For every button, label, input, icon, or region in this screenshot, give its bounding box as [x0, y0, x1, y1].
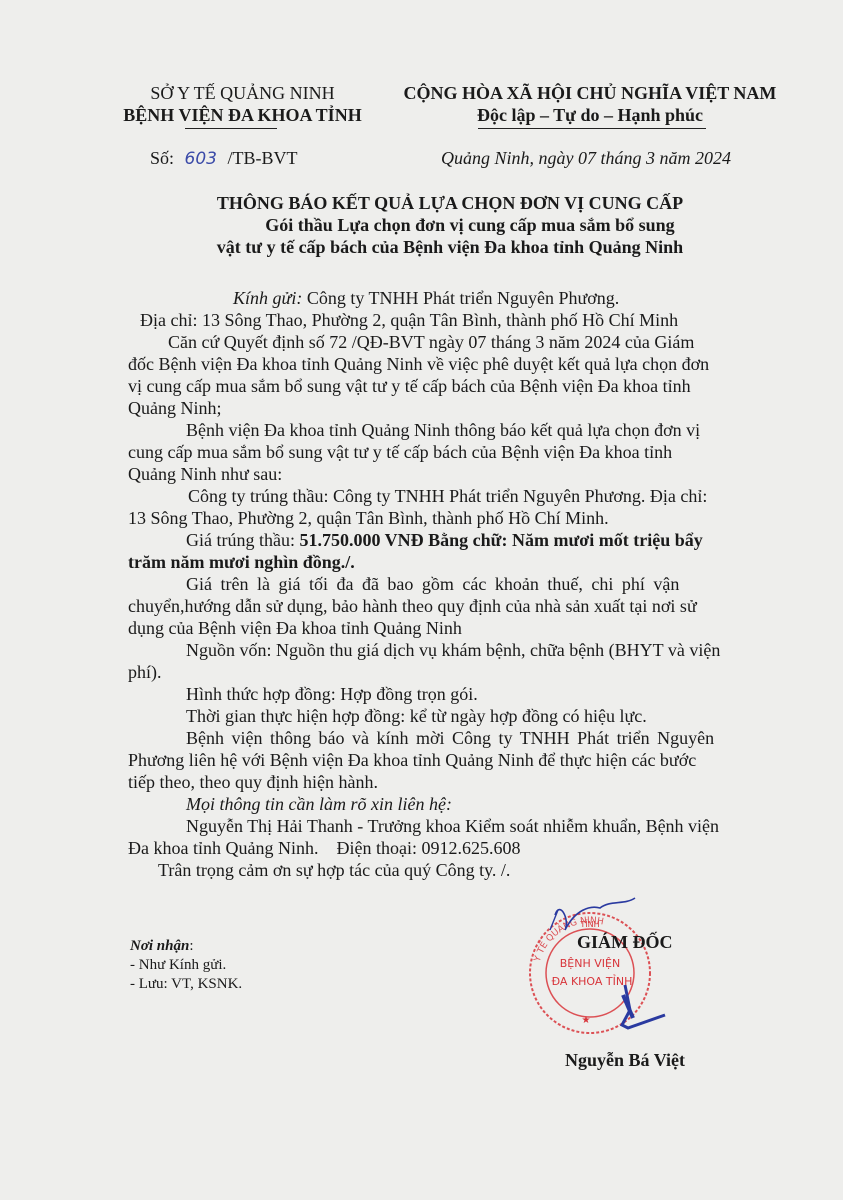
invite-line: tiếp theo, theo quy định hiện hành.: [128, 771, 772, 793]
funding-source: Nguồn vốn: Nguồn thu giá dịch vụ khám bệ…: [128, 639, 772, 683]
price-note-line: chuyển,hướng dẫn sử dụng, bảo hành theo …: [128, 595, 772, 617]
invite-line: Bệnh viện thông báo và kính mời Công ty …: [128, 727, 772, 749]
winning-price: Giá trúng thầu: 51.750.000 VNĐ Bằng chữ:…: [128, 529, 772, 573]
winner-line: 13 Sông Thao, Phường 2, quận Tân Bình, t…: [128, 507, 772, 529]
price-value: 51.750.000 VNĐ Bằng chữ: Năm mươi mốt tr…: [299, 530, 702, 550]
price-note-line: dụng của Bệnh viện Đa khoa tỉnh Quảng Ni…: [128, 617, 772, 639]
basis-line: Căn cứ Quyết định số 72 /QĐ-BVT ngày 07 …: [128, 331, 772, 353]
document-title: THÔNG BÁO KẾT QUẢ LỰA CHỌN ĐƠN VỊ CUNG C…: [130, 192, 770, 258]
addressee: Kính gửi: Công ty TNHH Phát triển Nguyên…: [128, 287, 772, 309]
issuer-underline: [185, 128, 277, 129]
winner-info: Công ty trúng thầu: Công ty TNHH Phát tr…: [128, 485, 772, 529]
announce-line: cung cấp mua sắm bổ sung vật tư y tế cấp…: [128, 441, 772, 463]
contract-form: Hình thức hợp đồng: Hợp đồng trọn gói.: [128, 683, 772, 705]
document-number: Số: 603 /TB-BVT: [150, 148, 297, 169]
title-line-1: THÔNG BÁO KẾT QUẢ LỰA CHỌN ĐƠN VỊ CUNG C…: [130, 192, 770, 214]
contract-time: Thời gian thực hiện hợp đồng: kể từ ngày…: [128, 705, 772, 727]
contact-info: Nguyễn Thị Hải Thanh - Trưởng khoa Kiểm …: [128, 815, 772, 859]
document-body: Kính gửi: Công ty TNHH Phát triển Nguyên…: [128, 287, 772, 881]
invitation: Bệnh viện thông báo và kính mời Công ty …: [128, 727, 772, 793]
address: Địa chỉ: 13 Sông Thao, Phường 2, quận Tâ…: [128, 309, 772, 331]
place-date: Quảng Ninh, ngày 07 tháng 3 năm 2024: [441, 148, 731, 169]
announcement: Bệnh viện Đa khoa tỉnh Quảng Ninh thông …: [128, 419, 772, 485]
title-line-3: vật tư y tế cấp bách của Bệnh viện Đa kh…: [130, 236, 770, 258]
addressee-label: Kính gửi:: [233, 288, 302, 308]
recipients-block: Nơi nhận: - Như Kính gửi. - Lưu: VT, KSN…: [130, 937, 242, 994]
funding-line: phí).: [128, 661, 772, 683]
country-name: CỘNG HÒA XÃ HỘI CHỦ NGHĨA VIỆT NAM: [375, 82, 805, 104]
organization-name: BỆNH VIỆN ĐA KHOA TỈNH: [110, 104, 375, 126]
number-label: Số:: [150, 148, 174, 168]
contact-line: Đa khoa tỉnh Quảng Ninh. Điện thoại: 091…: [128, 837, 772, 859]
price-label: Giá trúng thầu:: [186, 530, 299, 550]
invite-line: Phương liên hệ với Bệnh viện Đa khoa tỉn…: [128, 749, 772, 771]
recipient-item: - Như Kính gửi.: [130, 956, 242, 975]
number-suffix: /TB-BVT: [227, 148, 297, 168]
winner-line: Công ty trúng thầu: Công ty TNHH Phát tr…: [128, 485, 772, 507]
national-motto: Độc lập – Tự do – Hạnh phúc: [375, 104, 805, 126]
issuer-block: SỞ Y TẾ QUẢNG NINH BỆNH VIỆN ĐA KHOA TỈN…: [110, 82, 375, 126]
signature-icon: [530, 890, 700, 1040]
national-header: CỘNG HÒA XÃ HỘI CHỦ NGHĨA VIỆT NAM Độc l…: [375, 82, 805, 126]
ministry-name: SỞ Y TẾ QUẢNG NINH: [110, 82, 375, 104]
announce-line: Quảng Ninh như sau:: [128, 463, 772, 485]
recipients-colon: :: [189, 938, 193, 954]
price-note: Giá trên là giá tối đa đã bao gồm các kh…: [128, 573, 772, 639]
addressee-name: Công ty TNHH Phát triển Nguyên Phương.: [302, 288, 619, 308]
motto-underline: [478, 128, 706, 129]
price-in-words: trăm năm mươi nghìn đồng./.: [128, 551, 772, 573]
handwritten-number: 603: [185, 149, 217, 169]
basis-line: Quảng Ninh;: [128, 397, 772, 419]
recipient-item: - Lưu: VT, KSNK.: [130, 975, 242, 994]
signer-name: Nguyễn Bá Việt: [565, 1050, 685, 1071]
recipients-label: Nơi nhận: [130, 938, 189, 954]
announce-line: Bệnh viện Đa khoa tỉnh Quảng Ninh thông …: [128, 419, 772, 441]
document-page: SỞ Y TẾ QUẢNG NINH BỆNH VIỆN ĐA KHOA TỈN…: [0, 0, 843, 1200]
legal-basis: Căn cứ Quyết định số 72 /QĐ-BVT ngày 07 …: [128, 331, 772, 419]
thanks-line: Trân trọng cảm ơn sự hợp tác của quý Côn…: [128, 859, 772, 881]
funding-line: Nguồn vốn: Nguồn thu giá dịch vụ khám bệ…: [128, 639, 772, 661]
basis-line: đốc Bệnh viện Đa khoa tỉnh Quảng Ninh về…: [128, 353, 772, 375]
basis-line: vị cung cấp mua sắm bổ sung vật tư y tế …: [128, 375, 772, 397]
contact-line: Nguyễn Thị Hải Thanh - Trưởng khoa Kiểm …: [128, 815, 772, 837]
title-line-2: Gói thầu Lựa chọn đơn vị cung cấp mua sắ…: [130, 214, 770, 236]
contact-intro: Mọi thông tin cần làm rõ xin liên hệ:: [128, 793, 772, 815]
price-note-line: Giá trên là giá tối đa đã bao gồm các kh…: [128, 573, 772, 595]
